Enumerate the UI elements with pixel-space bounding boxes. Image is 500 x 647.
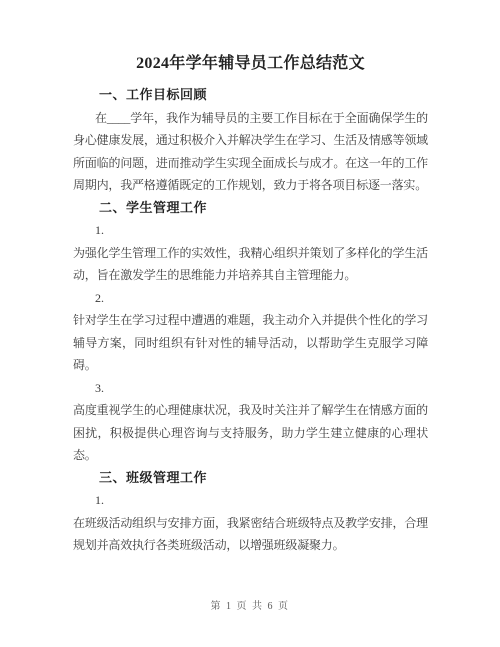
section-work-goal-review: 一、工作目标回顾 在____学年，我作为辅导员的主要工作目标在于全面确保学生的身… — [73, 84, 428, 197]
list-item-number: 1. — [73, 219, 428, 242]
body-paragraph: 在____学年，我作为辅导员的主要工作目标在于全面确保学生的身心健康发展，通过积… — [73, 107, 428, 197]
section-heading: 一、工作目标回顾 — [73, 84, 428, 107]
body-paragraph: 针对学生在学习过程中遭遇的难题，我主动介入并提供个性化的学习辅导方案，同时组织有… — [73, 309, 428, 377]
section-heading: 三、班级管理工作 — [73, 467, 428, 490]
body-paragraph: 为强化学生管理工作的实效性，我精心组织并策划了多样化的学生活动，旨在激发学生的思… — [73, 242, 428, 287]
document-page: 2024年学年辅导员工作总结范文 一、工作目标回顾 在____学年，我作为辅导员… — [0, 0, 500, 647]
page-footer: 第 1 页 共 6 页 — [0, 600, 500, 613]
body-paragraph: 高度重视学生的心理健康状况，我及时关注并了解学生在情感方面的困扰，积极提供心理咨… — [73, 399, 428, 467]
document-title: 2024年学年辅导员工作总结范文 — [73, 54, 428, 74]
list-item-number: 2. — [73, 287, 428, 310]
section-student-management: 二、学生管理工作 1. 为强化学生管理工作的实效性，我精心组织并策划了多样化的学… — [73, 197, 428, 467]
document-content: 2024年学年辅导员工作总结范文 一、工作目标回顾 在____学年，我作为辅导员… — [0, 0, 500, 557]
page-number-indicator: 第 1 页 共 6 页 — [211, 601, 290, 612]
body-paragraph: 在班级活动组织与安排方面，我紧密结合班级特点及教学安排，合理规划并高效执行各类班… — [73, 512, 428, 557]
section-heading: 二、学生管理工作 — [73, 197, 428, 220]
section-class-management: 三、班级管理工作 1. 在班级活动组织与安排方面，我紧密结合班级特点及教学安排，… — [73, 467, 428, 557]
list-item-number: 3. — [73, 377, 428, 400]
list-item-number: 1. — [73, 489, 428, 512]
